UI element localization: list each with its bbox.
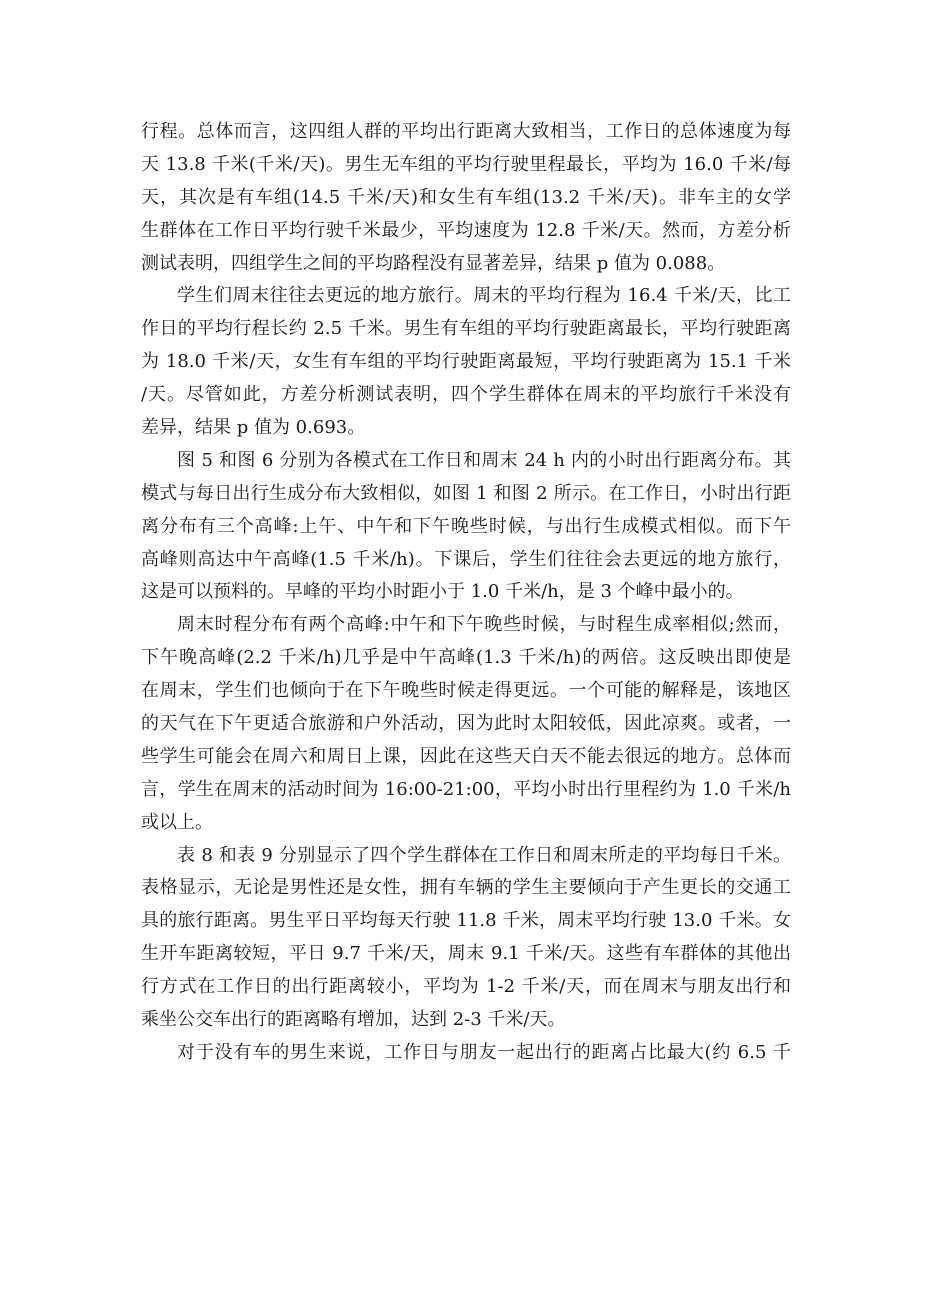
text-line: 离分布有三个高峰:上午、中午和下午晚些时候，与出行生成模式相似。而下午	[141, 511, 791, 544]
text-line: 生群体在工作日平均行驶千米最少，平均速度为 12.8 千米/天。然而，方差分析	[141, 215, 791, 248]
paragraph-tables-8-9-daily-km: 表 8 和表 9 分别显示了四个学生群体在工作日和周末所走的平均每日千米。 表格…	[141, 840, 791, 1037]
text-line: 图 5 和图 6 分别为各模式在工作日和周末 24 h 内的小时出行距离分布。其	[141, 445, 791, 478]
text-line: 差异，结果 p 值为 0.693。	[141, 412, 791, 445]
text-line: 表 8 和表 9 分别显示了四个学生群体在工作日和周末所走的平均每日千米。	[141, 840, 791, 873]
text-line: 测试表明，四组学生之间的平均路程没有显著差异，结果 p 值为 0.088。	[141, 248, 791, 281]
text-line: 为 18.0 千米/天，女生有车组的平均行驶距离最短，平均行驶距离为 15.1 …	[141, 346, 791, 379]
text-line: 表格显示，无论是男性还是女性，拥有车辆的学生主要倾向于产生更长的交通工	[141, 872, 791, 905]
paragraph-male-no-car-weekday: 对于没有车的男生来说，工作日与朋友一起出行的距离占比最大(约 6.5 千	[141, 1037, 791, 1070]
text-line: 天 13.8 千米(千米/天)。男生无车组的平均行驶里程最长，平均为 16.0 …	[141, 149, 791, 182]
text-line: 言，学生在周末的活动时间为 16:00-21:00，平均小时出行里程约为 1.0…	[141, 774, 791, 807]
text-line: 或以上。	[141, 807, 791, 840]
paragraph-hourly-distribution-weekend: 周末时程分布有两个高峰:中午和下午晚些时候，与时程生成率相似;然而， 下午晚高峰…	[141, 609, 791, 839]
text-line: 具的旅行距离。男生平日平均每天行驶 11.8 千米，周末平均行驶 13.0 千米…	[141, 905, 791, 938]
paragraph-hourly-distribution-weekday: 图 5 和图 6 分别为各模式在工作日和周末 24 h 内的小时出行距离分布。其…	[141, 445, 791, 609]
text-line: 周末时程分布有两个高峰:中午和下午晚些时候，与时程生成率相似;然而，	[141, 609, 791, 642]
text-line: 下午晚高峰(2.2 千米/h)几乎是中午高峰(1.3 千米/h)的两倍。这反映出…	[141, 642, 791, 675]
document-page: 行程。总体而言，这四组人群的平均出行距离大致相当，工作日的总体速度为每 天 13…	[141, 116, 791, 1070]
text-line: 在周末，学生们也倾向于在下午晚些时候走得更远。一个可能的解释是，该地区	[141, 675, 791, 708]
text-line: 高峰则高达中午高峰(1.5 千米/h)。下课后，学生们往往会去更远的地方旅行，	[141, 544, 791, 577]
text-line: 模式与每日出行生成分布大致相似，如图 1 和图 2 所示。在工作日，小时出行距	[141, 478, 791, 511]
text-line: /天。尽管如此，方差分析测试表明，四个学生群体在周末的平均旅行千米没有	[141, 379, 791, 412]
text-line: 生开车距离较短，平日 9.7 千米/天，周末 9.1 千米/天。这些有车群体的其…	[141, 938, 791, 971]
text-line: 的天气在下午更适合旅游和户外活动，因为此时太阳较低，因此凉爽。或者，一	[141, 708, 791, 741]
paragraph-weekday-distance-summary: 行程。总体而言，这四组人群的平均出行距离大致相当，工作日的总体速度为每 天 13…	[141, 116, 791, 280]
text-line: 行程。总体而言，这四组人群的平均出行距离大致相当，工作日的总体速度为每	[141, 116, 791, 149]
text-line: 天，其次是有车组(14.5 千米/天)和女生有车组(13.2 千米/天)。非车主…	[141, 182, 791, 215]
text-line: 乘坐公交车出行的距离略有增加，达到 2-3 千米/天。	[141, 1004, 791, 1037]
text-line: 些学生可能会在周六和周日上课，因此在这些天白天不能去很远的地方。总体而	[141, 741, 791, 774]
paragraph-weekend-distance: 学生们周末往往去更远的地方旅行。周末的平均行程为 16.4 千米/天，比工 作日…	[141, 280, 791, 444]
text-line: 作日的平均行程长约 2.5 千米。男生有车组的平均行驶距离最长，平均行驶距离	[141, 313, 791, 346]
text-line: 学生们周末往往去更远的地方旅行。周末的平均行程为 16.4 千米/天，比工	[141, 280, 791, 313]
text-line: 对于没有车的男生来说，工作日与朋友一起出行的距离占比最大(约 6.5 千	[141, 1037, 791, 1070]
text-line: 这是可以预料的。早峰的平均小时距小于 1.0 千米/h，是 3 个峰中最小的。	[141, 576, 791, 609]
text-line: 行方式在工作日的出行距离较小，平均为 1-2 千米/天，而在周末与朋友出行和	[141, 971, 791, 1004]
